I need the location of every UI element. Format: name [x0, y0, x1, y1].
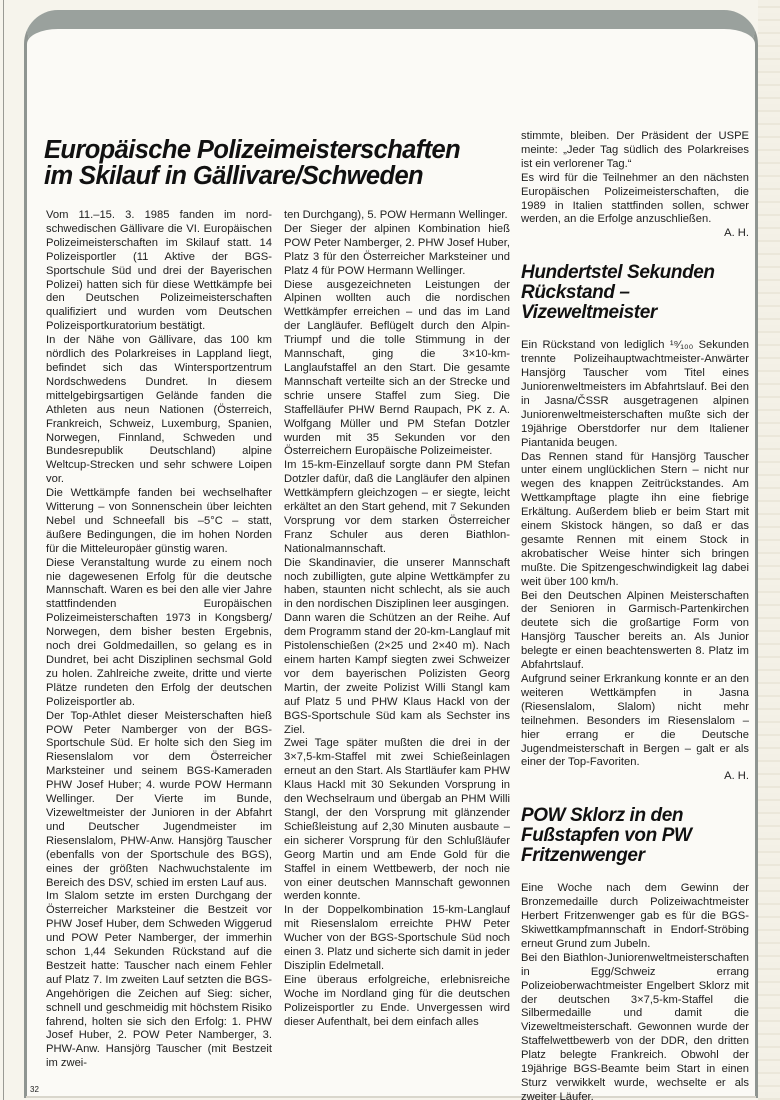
paragraph: Dann waren die Schützen an der Reihe. Au…: [284, 612, 510, 737]
paragraph: Der Top-Athlet dieser Meisterschaften hi…: [46, 710, 272, 891]
paragraph: Die Wettkämpfe fanden bei wechselhafter …: [46, 487, 272, 557]
paragraph: Diese ausgezeichneten Leistungen der Alp…: [284, 279, 510, 460]
paragraph: Es wird für die Teilnehmer an den nächst…: [521, 172, 749, 228]
article-2-headline: Hundertstel Sekunden Rückstand – Vizewel…: [521, 263, 749, 323]
paragraph: Diese Veranstaltung wurde zu einem noch …: [46, 557, 272, 710]
page-number: 32: [30, 1085, 39, 1094]
paragraph: Ein Rückstand von lediglich ¹⁹⁄₁₀₀ Sekun…: [521, 339, 749, 450]
author-signature: A. H.: [521, 227, 749, 241]
page-left-rule: [3, 0, 4, 1100]
paragraph: In der Nähe von Gällivare, das 100 km nö…: [46, 334, 272, 487]
paragraph: Das Rennen stand für Hansjörg Tauscher u…: [521, 451, 749, 590]
headline-line-1: Europäische Polizeimeisterschaften: [44, 136, 460, 164]
column-3: stimmte, bleiben. Der Präsident der USPE…: [521, 130, 749, 1100]
headline-line-2: im Skilauf in Gällivare/Schweden: [44, 162, 423, 190]
paragraph: Zwei Tage später mußten die drei in der …: [284, 737, 510, 904]
article-3-headline: POW Sklorz in den Fußstapfen von PW Frit…: [521, 806, 749, 866]
paragraph: Der Sieger der alpinen Kombination hieß …: [284, 223, 510, 279]
paragraph: Die Skandinavier, die unserer Mannschaft…: [284, 557, 510, 613]
paragraph: stimmte, bleiben. Der Präsident der USPE…: [521, 130, 749, 172]
column-2: ten Durchgang), 5. POW Hermann Wellinger…: [284, 209, 510, 1029]
paragraph: Eine überaus erfolgreiche, erlebnisreich…: [284, 974, 510, 1030]
paragraph: Bei den Deutschen Alpinen Meisterschafte…: [521, 590, 749, 673]
paragraph: Aufgrund seiner Erkrankung konnte er an …: [521, 673, 749, 770]
paragraph: In der Doppelkombination 15-km-Langlauf …: [284, 904, 510, 974]
paragraph: Bei den Biathlon-Juniorenweltmeisterscha…: [521, 952, 749, 1100]
adjacent-page-edge: [758, 0, 780, 1100]
paragraph: Vom 11.–15. 3. 1985 fanden im nord-schwe…: [46, 209, 272, 334]
article-headline: Europäische Polizeimeisterschaften im Sk…: [44, 137, 474, 189]
paragraph: Eine Woche nach dem Gewinn der Bronzemed…: [521, 882, 749, 952]
author-signature: A. H.: [521, 770, 749, 784]
paragraph: Im Slalom setzte im ersten Durchgang der…: [46, 890, 272, 1071]
paragraph: Im 15-km-Einzellauf sorgte dann PM Stefa…: [284, 459, 510, 556]
column-1: Vom 11.–15. 3. 1985 fanden im nord-schwe…: [46, 209, 272, 1071]
paragraph: ten Durchgang), 5. POW Hermann Wellinger…: [284, 209, 510, 223]
